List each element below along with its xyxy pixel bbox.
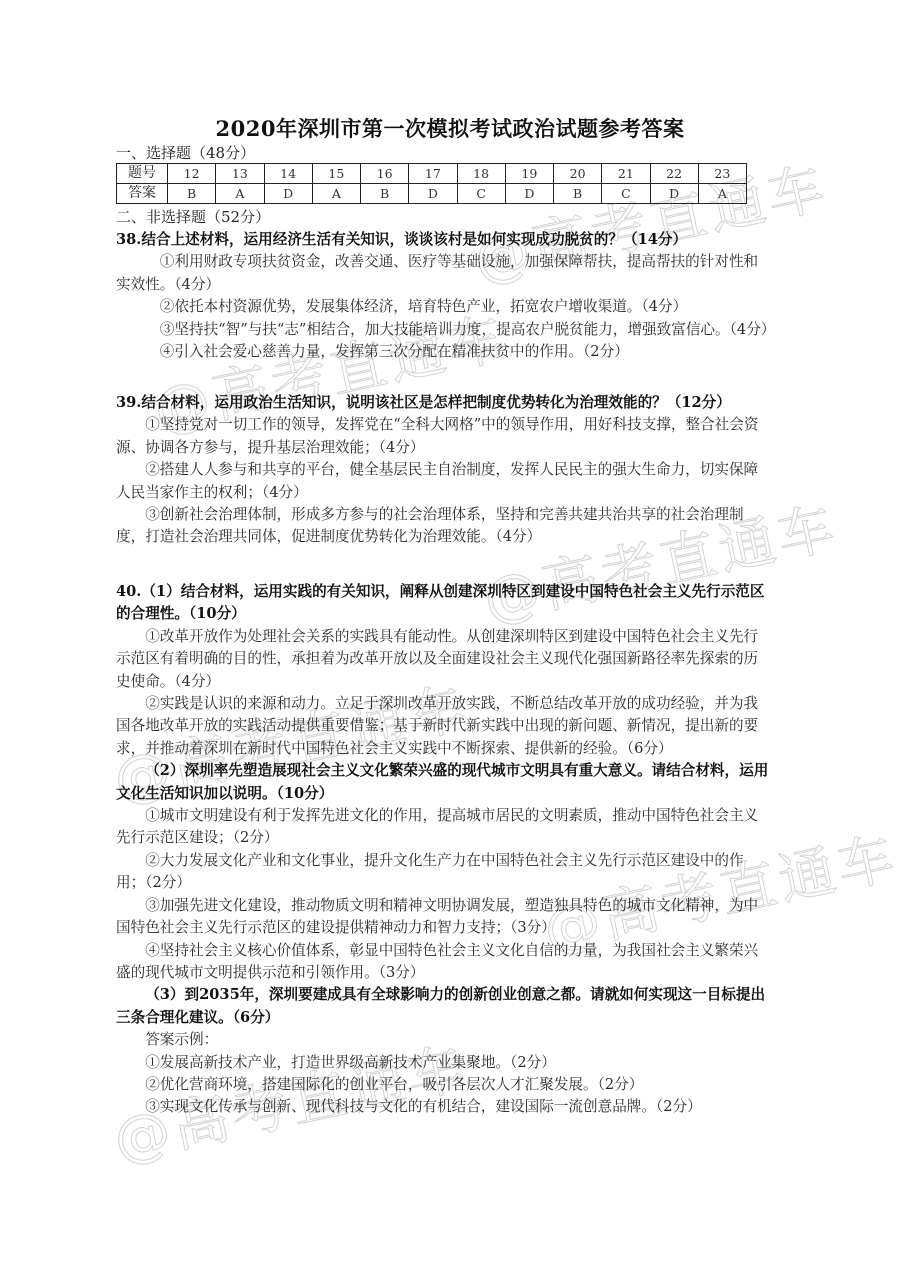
- table-cell: D: [650, 184, 698, 204]
- table-cell: 21: [602, 164, 650, 184]
- answer-point: ①坚持党对一切工作的领导，发挥党在“全科大网格”中的领导作用，用好科技支撑，整合…: [116, 414, 772, 459]
- question-40: 40.（1）结合材料，运用实践的有关知识，阐释从创建深圳特区到建设中国特色社会主…: [116, 581, 772, 1119]
- table-cell: D: [409, 184, 457, 204]
- table-cell: D: [505, 184, 553, 204]
- table-row-question-numbers: 题号 12 13 14 15 16 17 18 19 20 21 22 23: [117, 164, 747, 184]
- table-cell: 16: [361, 164, 409, 184]
- question-prompt-part3: （3）到2035年，深圳要建成具有全球影响力的创新创业创意之都。请就如何实现这一…: [116, 984, 772, 1029]
- answer-example-label: 答案示例：: [116, 1029, 772, 1051]
- table-cell: A: [312, 184, 360, 204]
- table-cell: B: [361, 184, 409, 204]
- table-cell: 15: [312, 164, 360, 184]
- table-cell: 17: [409, 164, 457, 184]
- table-cell: 14: [264, 164, 312, 184]
- answer-point: ②依托本村资源优势，发展集体经济，培育特色产业，拓宽农户增收渠道。（4分）: [116, 296, 772, 318]
- answer-point: ①城市文明建设有利于发挥先进文化的作用，提高城市居民的文明素质，推动中国特色社会…: [116, 805, 772, 850]
- table-cell: 18: [457, 164, 505, 184]
- page-title: 2020年深圳市第一次模拟考试政治试题参考答案: [0, 113, 900, 143]
- table-cell: 23: [698, 164, 746, 184]
- answer-point: ④引入社会爱心慈善力量，发挥第三次分配在精准扶贫中的作用。（2分）: [116, 341, 772, 363]
- answer-point: ③加强先进文化建设，推动物质文明和精神文明协调发展，塑造独具特色的城市文化精神，…: [116, 895, 772, 940]
- question-prompt: 38.结合上述材料，运用经济生活有关知识，谈谈该村是如何实现成功脱贫的？（14分…: [116, 229, 772, 251]
- answer-point: ②大力发展文化产业和文化事业，提升文化生产力在中国特色社会主义先行示范区建设中的…: [116, 850, 772, 895]
- table-cell: C: [602, 184, 650, 204]
- table-cell: 20: [554, 164, 602, 184]
- table-row-answers: 答案 B A D A B D C D B C D A: [117, 184, 747, 204]
- answer-point: ③实现文化传承与创新、现代科技与文化的有机结合，建设国际一流创意品牌。（2分）: [116, 1096, 772, 1118]
- question-prompt-part1: 40.（1）结合材料，运用实践的有关知识，阐释从创建深圳特区到建设中国特色社会主…: [116, 581, 772, 626]
- row-header-question: 题号: [117, 164, 168, 184]
- table-cell: A: [216, 184, 264, 204]
- question-39: 39.结合材料，运用政治生活知识，说明该社区是怎样把制度优势转化为治理效能的？（…: [116, 392, 772, 549]
- question-prompt: 39.结合材料，运用政治生活知识，说明该社区是怎样把制度优势转化为治理效能的？（…: [116, 392, 772, 414]
- answer-point: ②搭建人人参与和共享的平台，健全基层民主自治制度，发挥人民民主的强大生命力，切实…: [116, 459, 772, 504]
- table-cell: C: [457, 184, 505, 204]
- answer-point: ①利用财政专项扶贫资金，改善交通、医疗等基础设施，加强保障帮扶，提高帮扶的针对性…: [116, 251, 772, 296]
- table-cell: B: [554, 184, 602, 204]
- question-38: 38.结合上述材料，运用经济生活有关知识，谈谈该村是如何实现成功脱贫的？（14分…: [116, 229, 772, 363]
- answer-key-table: 题号 12 13 14 15 16 17 18 19 20 21 22 23 答…: [116, 163, 747, 204]
- table-cell: D: [264, 184, 312, 204]
- answer-point: ①发展高新技术产业，打造世界级高新技术产业集聚地。（2分）: [116, 1052, 772, 1074]
- answer-point: ①改革开放作为处理社会关系的实践具有能动性。从创建深圳特区到建设中国特色社会主义…: [116, 626, 772, 693]
- answer-point: ④坚持社会主义核心价值体系，彰显中国特色社会主义文化自信的力量，为我国社会主义繁…: [116, 940, 772, 985]
- table-cell: 12: [168, 164, 216, 184]
- answer-point: ③坚持扶“智”与扶“志”相结合，加大技能培训力度，提高农户脱贫能力，增强致富信心…: [116, 319, 772, 341]
- answer-point: ②优化营商环境，搭建国际化的创业平台，吸引各层次人才汇聚发展。（2分）: [116, 1074, 772, 1096]
- table-cell: A: [698, 184, 746, 204]
- section-heading-non-multiple-choice: 二、非选择题（52分）: [116, 206, 270, 227]
- answer-point: ③创新社会治理体制，形成多方参与的社会治理体系，坚持和完善共建共治共享的社会治理…: [116, 504, 772, 549]
- answer-sheet-page: @高考直通车 @高考直通车 @高考直通车 @高考直通车 @高考直通车 @高考直通…: [0, 0, 900, 1272]
- row-header-answer: 答案: [117, 184, 168, 204]
- question-prompt-part2: （2）深圳率先塑造展现社会主义文化繁荣兴盛的现代城市文明具有重大意义。请结合材料…: [116, 760, 772, 805]
- table-cell: 22: [650, 164, 698, 184]
- table-cell: 13: [216, 164, 264, 184]
- answer-point: ②实践是认识的来源和动力。立足于深圳改革开放实践，不断总结改革开放的成功经验，并…: [116, 693, 772, 760]
- table-cell: B: [168, 184, 216, 204]
- section-heading-multiple-choice: 一、选择题（48分）: [116, 142, 255, 163]
- table-cell: 19: [505, 164, 553, 184]
